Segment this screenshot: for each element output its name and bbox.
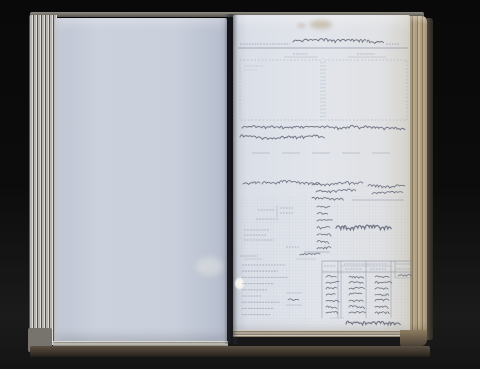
paper-flaw-spot — [235, 278, 244, 289]
left-page — [55, 18, 227, 343]
gutter-shadow — [224, 14, 238, 344]
squared-paper-grid — [238, 196, 408, 322]
stain — [297, 23, 306, 28]
right-cover-edge — [427, 18, 433, 340]
right-page-bottom-edges — [233, 330, 413, 337]
logbook-photograph — [0, 0, 480, 369]
left-page-edges — [29, 15, 57, 345]
fore-edge — [410, 16, 427, 336]
fore-edge-corner — [400, 330, 427, 346]
worn-patch — [196, 257, 223, 276]
stain — [310, 20, 332, 29]
bottom-cover-edge — [30, 346, 430, 357]
